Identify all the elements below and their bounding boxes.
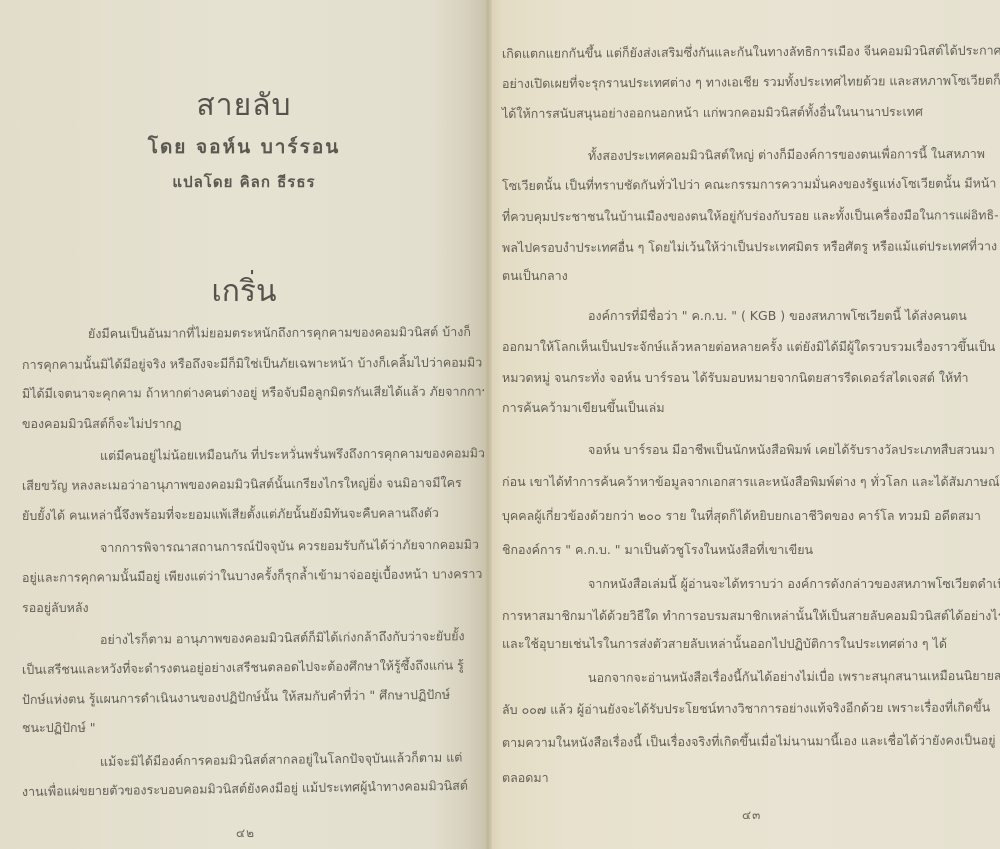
book-spine-gutter <box>484 0 492 849</box>
text-line: จากการพิจารณาสถานการณ์ปัจจุบัน ควรยอมรับ… <box>100 535 479 558</box>
right-page: เกิดแตกแยกกันขึ้น แต่ก็ยังส่งเสริมซึ่งกั… <box>488 0 1000 849</box>
text-line: ยับยั้งได้ คนเหล่านี้จึงพร้อมที่จะยอมแพ้… <box>22 503 439 526</box>
text-line: แต่มีคนอยู่ไม่น้อยเหมือนกัน ที่ประหวั่นพ… <box>100 443 485 466</box>
text-line: ชนะปฏิปักษ์ " <box>22 718 96 738</box>
text-line: ตนเป็นกลาง <box>502 266 568 286</box>
text-line: ปักษ์แห่งตน รู้แผนการดำเนินงานของปฏิปักษ… <box>22 685 450 710</box>
text-line: มิได้มีเจตนาจะคุกคาม ถ้าหากต่างคนต่างอยู… <box>22 382 488 404</box>
text-line: ชิกองค์การ " ค.ก.บ. " มาเป็นตัวชูโรงในหน… <box>502 540 813 560</box>
open-book-spread: สายลับ โดย จอห์น บาร์รอน แปลโดย คิลก ธีร… <box>0 0 1000 849</box>
text-line: จากหนังสือเล่มนี้ ผู้อ่านจะได้ทราบว่า อง… <box>588 574 1000 594</box>
text-line: รออยู่ลับหลัง <box>22 598 89 618</box>
text-line: ลับ ๐๐๗ แล้ว ผู้อ่านยังจะได้รับประโยชน์ท… <box>502 697 990 720</box>
text-line: ก่อน เขาได้ทำการค้นคว้าหาข้อมูลจากเอกสาร… <box>502 472 1000 492</box>
text-line: ออกมาให้โลกเห็นเป็นประจักษ์แล้วหลายต่อหล… <box>502 337 995 357</box>
text-line: ทั้งสองประเทศคอมมิวนิสต์ใหญ่ ต่างก็มีองค… <box>588 144 985 166</box>
text-line: อย่างไรก็ตาม อานุภาพของคอมมิวนิสต์ก็มิได… <box>100 626 465 650</box>
text-line: การค้นคว้ามาเขียนขึ้นเป็นเล่ม <box>502 398 665 418</box>
text-line: ตามความในหนังสือเรื่องนี้ เป็นเรื่องจริง… <box>502 730 996 753</box>
text-line: จอห์น บาร์รอน มีอาชีพเป็นนักหนังสือพิมพ์… <box>588 440 995 460</box>
translator-credit: แปลโดย คิลก ธีรธร <box>0 170 488 194</box>
text-line: เสียขวัญ หลงละเมอว่าอานุภาพของคอมมิวนิสต… <box>22 473 462 496</box>
text-line: ที่ควบคุมประชาชนในบ้านเมืองของตนให้อยู่ก… <box>502 205 999 227</box>
text-line: ได้ให้การสนับสนุนอย่างออกนอกหน้า แก่พวกค… <box>502 102 923 124</box>
text-line: นอกจากจะอ่านหนังสือเรื่องนี้กันได้อย่างไ… <box>588 666 1000 688</box>
text-line: หมวดหมู่ จนกระทั่ง จอห์น บาร์รอน ได้รับม… <box>502 368 968 388</box>
text-line: อยู่และการคุกคามนั้นมีอยู่ เพียงแต่ว่าใน… <box>22 564 483 588</box>
author-byline: โดย จอห์น บาร์รอน <box>0 132 488 162</box>
text-line: งานเพื่อแผ่ขยายตัวของระบอบคอมมิวนิสต์ยัง… <box>22 776 468 802</box>
text-line: โซเวียตนั้น เป็นที่ทราบชัดกันทั่วไปว่า ค… <box>502 173 997 196</box>
text-line: เป็นเสรีชนและหวังที่จะดำรงตนอยู่อย่างเสร… <box>22 655 464 680</box>
book-title: สายลับ <box>0 82 488 129</box>
left-page: สายลับ โดย จอห์น บาร์รอน แปลโดย คิลก ธีร… <box>0 0 488 849</box>
text-line: อย่างเปิดเผยที่จะรุกรานประเทศต่าง ๆ ทางเ… <box>502 71 1000 94</box>
page-number: ๔๒ <box>236 824 255 843</box>
text-line: การหาสมาชิกมาได้ด้วยวิธีใด ทำการอบรมสมาช… <box>502 606 1000 626</box>
text-line: และใช้อุบายเช่นไรในการส่งตัวสายลับเหล่าน… <box>502 634 947 654</box>
text-line: เกิดแตกแยกกันขึ้น แต่ก็ยังส่งเสริมซึ่งกั… <box>502 41 1000 64</box>
text-line: ยังมีคนเป็นอันมากที่ไม่ยอมตระหนักถึงการค… <box>88 322 471 344</box>
text-line: พลไปครอบงำประเทศอื่น ๆ โดยไม่เว้นให้ว่าเ… <box>502 236 997 258</box>
text-line: ตลอดมา <box>502 768 549 788</box>
text-line: การคุกคามนั้นมิได้มีอยู่จริง หรือถึงจะมี… <box>22 353 482 375</box>
text-line: ของคอมมิวนิสต์ก็จะไม่ปรากฏ <box>22 414 182 434</box>
page-number: ๔๓ <box>742 806 761 825</box>
text-line: องค์การที่มีชื่อว่า " ค.ก.บ. " ( KGB ) ข… <box>588 306 967 326</box>
text-line: แม้จะมิได้มีองค์การคอมมิวนิสต์สากลอยู่ใน… <box>100 748 463 772</box>
section-heading: เกริ่น <box>0 268 488 315</box>
text-line: บุคคลผู้เกี่ยวข้องด้วยกว่า ๒๐๐ ราย ในที่… <box>502 506 981 526</box>
